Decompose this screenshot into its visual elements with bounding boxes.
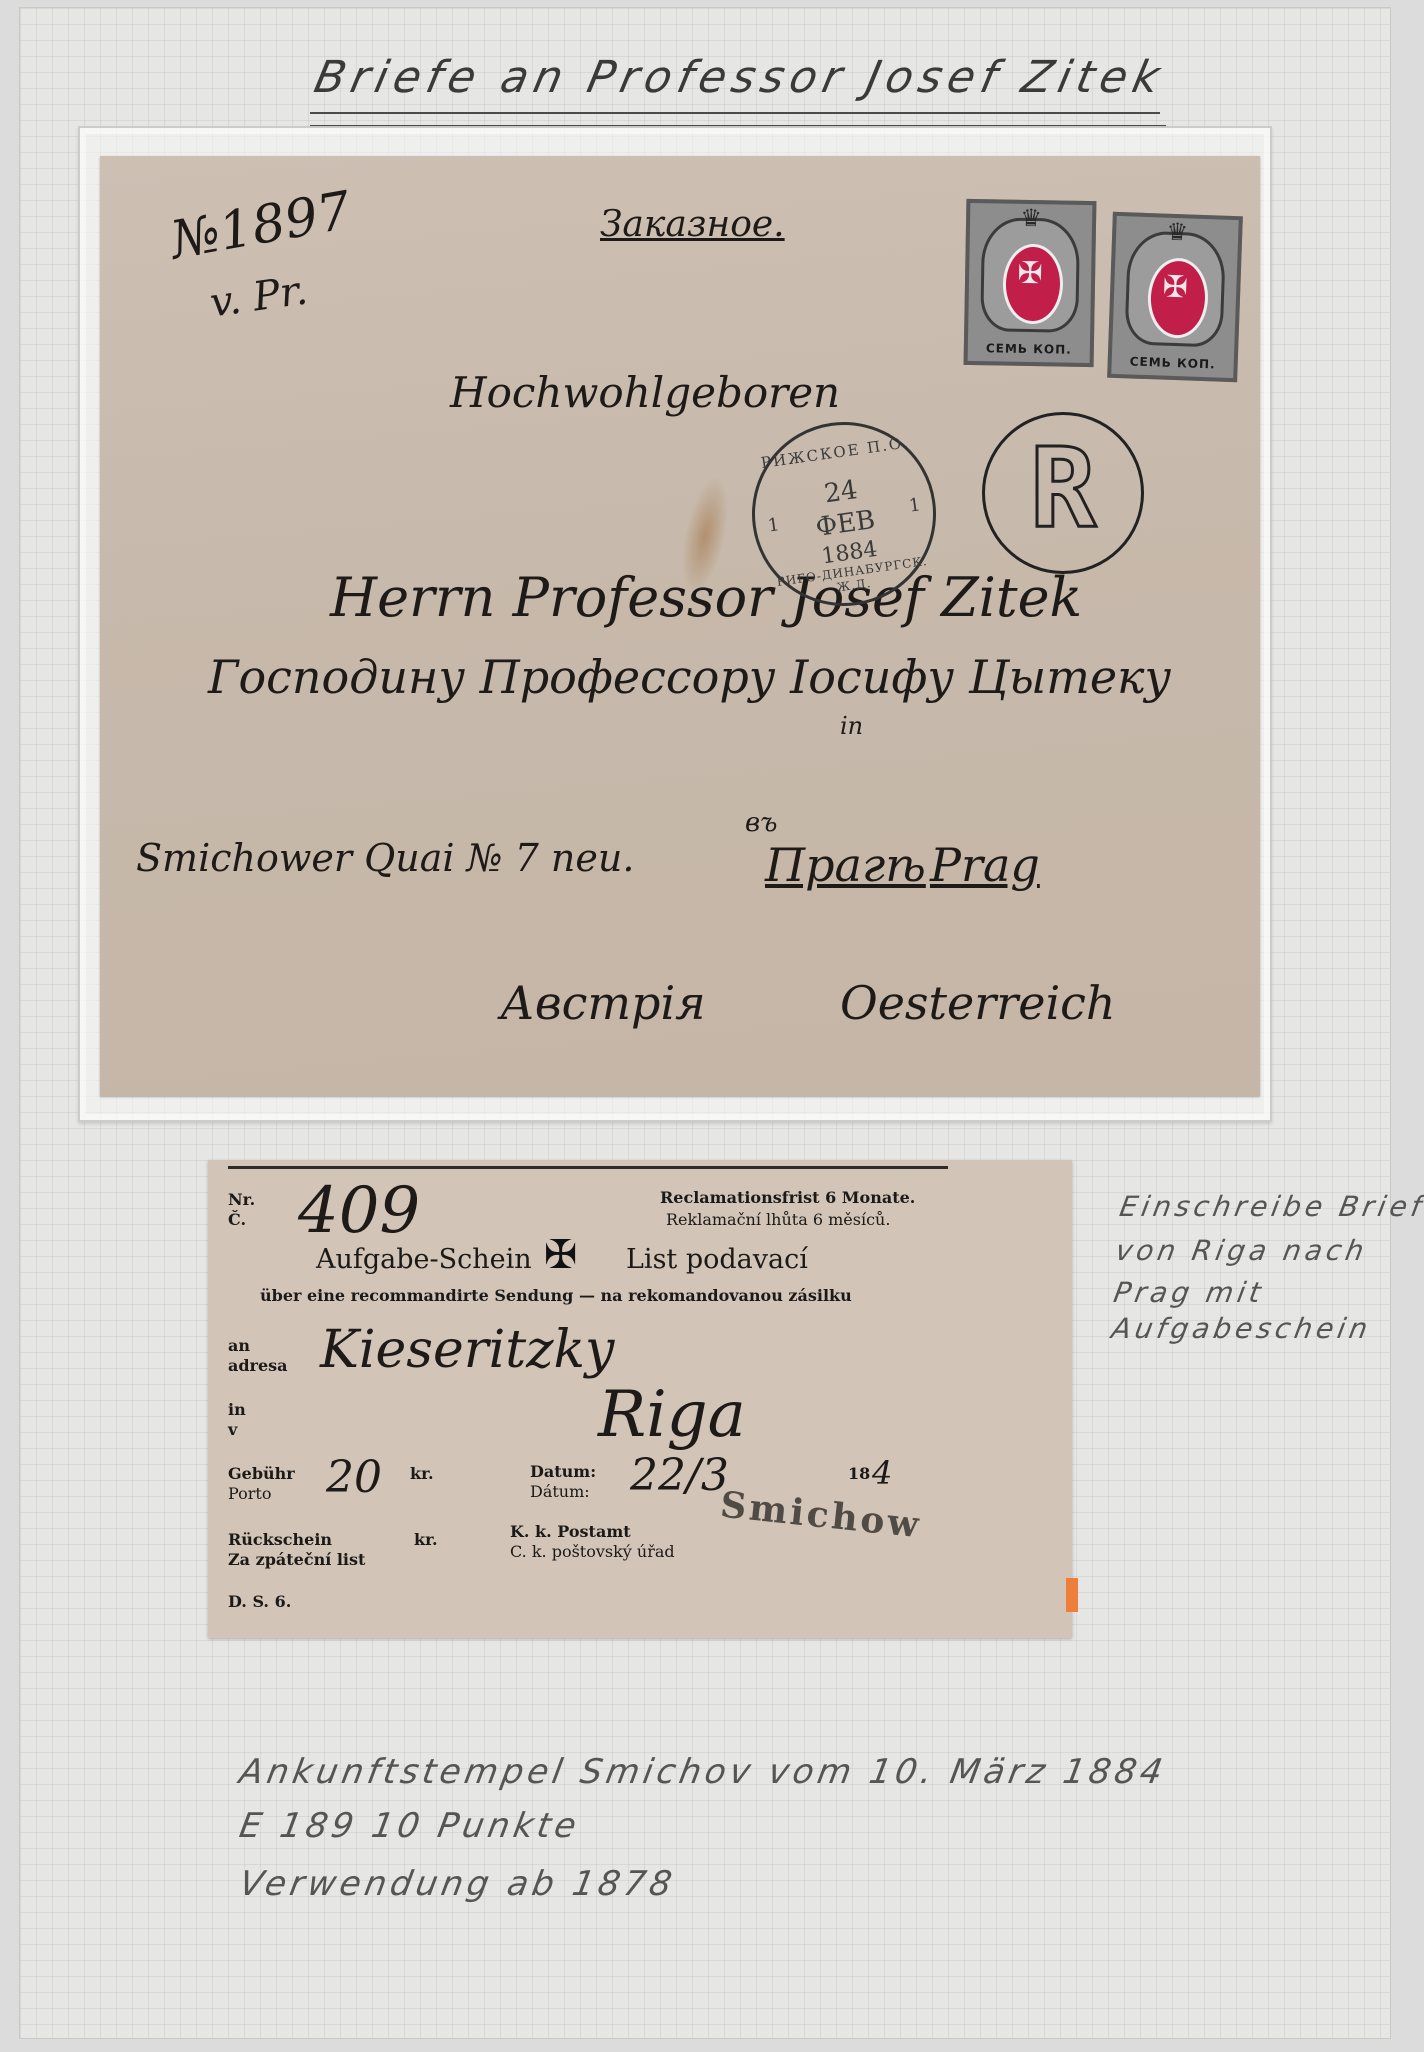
receipt-title-de: Aufgabe-Schein — [316, 1244, 532, 1275]
date-value: 22/3 — [630, 1450, 729, 1501]
postage-stamp: ♛ ✠ СЕМЬ КОП. — [1107, 212, 1243, 382]
receipt-number: 409 — [298, 1174, 420, 1248]
envelope-reference: №1897 — [166, 181, 355, 272]
double-headed-eagle-icon: ✠ — [544, 1232, 578, 1278]
fee-label-de: Gebühr — [228, 1464, 295, 1483]
return-label-cs: Za zpáteční list — [228, 1550, 365, 1569]
office-label-cs: C. k. poštovský úřad — [510, 1542, 675, 1561]
in-label-de: in — [228, 1400, 246, 1419]
return-unit: kr. — [414, 1530, 438, 1549]
return-label-de: Rückschein — [228, 1530, 332, 1549]
year-value: 4 — [872, 1454, 892, 1492]
year-prefix: 18 — [848, 1464, 870, 1483]
russian-eagle-icon: ✠ — [969, 255, 1092, 292]
postage-stamp: ♛ ✠ СЕМЬ КОП. — [964, 199, 1097, 367]
destination-value: Riga — [598, 1378, 746, 1452]
russian-eagle-icon: ✠ — [1114, 268, 1237, 307]
fee-label-cs: Porto — [228, 1484, 271, 1503]
side-note-line: Einschreibe Brief — [1117, 1190, 1424, 1223]
envelope-reference-sub: v. Pr. — [207, 267, 310, 326]
receipt-top-rule — [228, 1166, 948, 1169]
street-address: Smichower Quai № 7 neu. — [136, 836, 634, 880]
crown-icon: ♛ — [1116, 216, 1239, 248]
page-title: Briefe an Professor Josef Zitek — [305, 52, 1176, 103]
date-label-de: Datum: — [530, 1462, 596, 1481]
addressee-value: Kieseritzky — [320, 1320, 614, 1380]
title-underline — [310, 112, 1160, 114]
in-mark: in — [840, 712, 863, 740]
reclamation-note-de: Reclamationsfrist 6 Monate. — [660, 1188, 915, 1207]
registration-mark: R — [982, 412, 1144, 574]
an-label-cs: adresa — [228, 1356, 288, 1375]
form-code: D. S. 6. — [228, 1592, 291, 1611]
date-label-cs: Dátum: — [530, 1482, 590, 1501]
envelope: №1897 v. Pr. Заказное. Hochwohlgeboren H… — [100, 156, 1260, 1096]
stamp-value: СЕМЬ КОП. — [1111, 354, 1233, 372]
orange-marker — [1066, 1578, 1078, 1612]
registration-letter: R — [985, 433, 1141, 543]
addressee-russian: Господину Профессору Іосифу Цытеку — [208, 650, 1171, 704]
salutation: Hochwohlgeboren — [450, 368, 840, 417]
side-note-line: von Riga nach — [1113, 1234, 1370, 1267]
side-note-line: Prag mit — [1111, 1276, 1267, 1309]
fee-unit: kr. — [410, 1464, 434, 1483]
city-prefix: въ — [745, 808, 777, 838]
city-russian: Прагѣ — [765, 838, 926, 892]
registered-label: Заказное. — [600, 204, 785, 245]
bottom-note-line: Verwendung ab 1878 — [236, 1864, 678, 1904]
side-note-line: Aufgabeschein — [1109, 1312, 1374, 1345]
registration-receipt: Nr. Č. 409 Reclamationsfrist 6 Monate. R… — [208, 1160, 1072, 1638]
nr-label-cs: Č. — [228, 1210, 246, 1229]
receipt-title-cs: List podavací — [626, 1244, 808, 1275]
country-german: Oesterreich — [840, 976, 1116, 1030]
office-label-de: K. k. Postamt — [510, 1522, 631, 1541]
bottom-note-line: E 189 10 Punkte — [236, 1806, 583, 1846]
city-german: Prag — [930, 838, 1040, 892]
an-label-de: an — [228, 1336, 250, 1355]
fee-value: 20 — [326, 1452, 382, 1503]
receipt-subtitle: über eine recommandirte Sendung — na rek… — [260, 1286, 852, 1305]
reclamation-note-cs: Reklamační lhůta 6 měsíců. — [666, 1210, 890, 1229]
addressee-german: Herrn Professor Josef Zitek — [330, 566, 1082, 629]
stamp-value: СЕМЬ КОП. — [968, 341, 1090, 357]
in-label-cs: v — [228, 1420, 237, 1439]
crown-icon: ♛ — [970, 203, 1092, 233]
country-russian: Австрія — [500, 976, 706, 1030]
nr-label-de: Nr. — [228, 1190, 255, 1209]
bottom-note-line: Ankunftstempel Smichov vom 10. März 1884 — [236, 1752, 1169, 1792]
